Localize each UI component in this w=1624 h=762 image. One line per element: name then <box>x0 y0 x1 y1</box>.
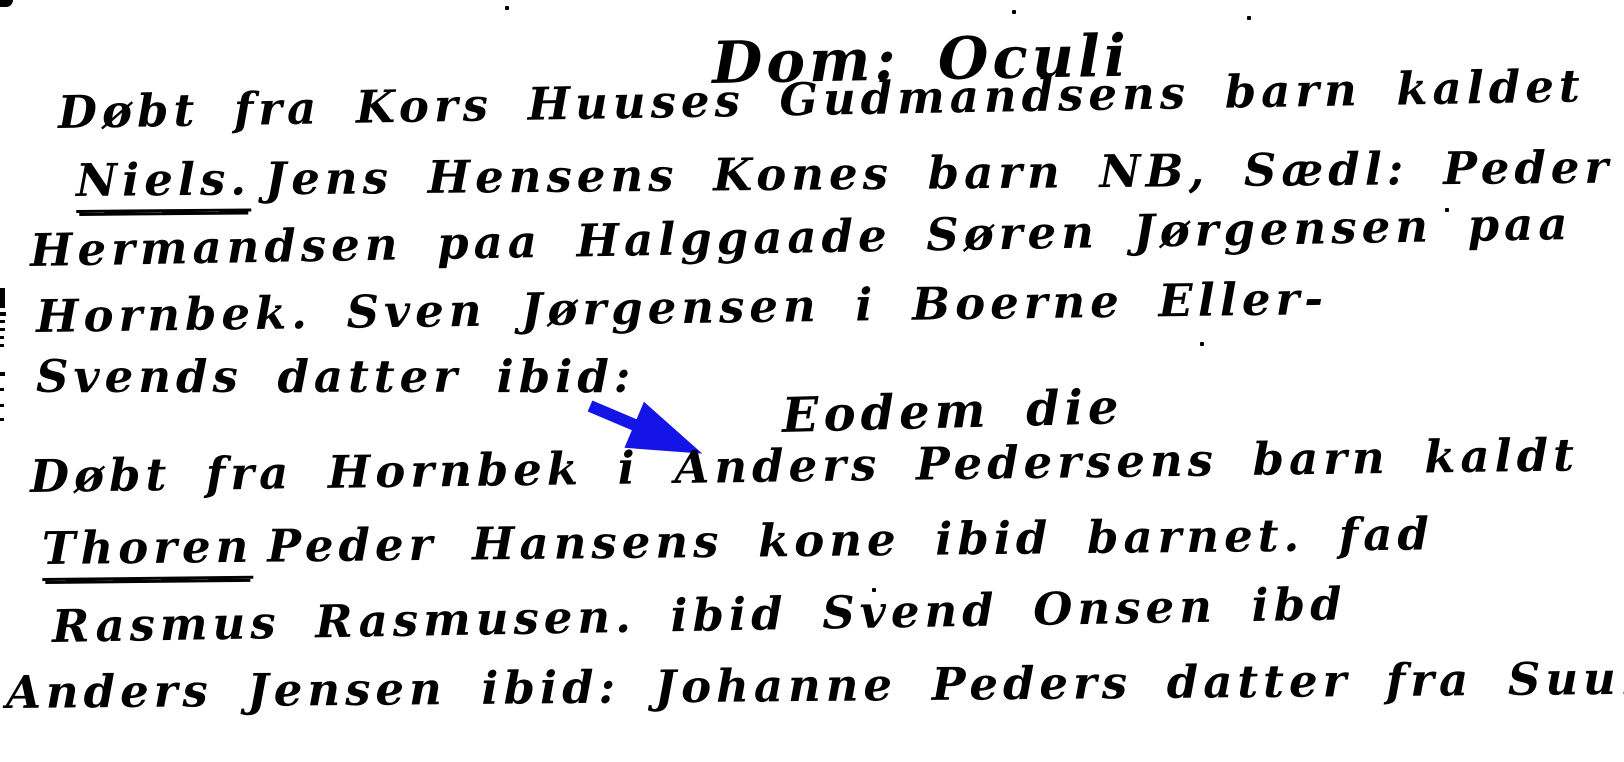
underlined-name-niels: Niels. <box>76 152 251 213</box>
scan-edge-artifact <box>0 418 4 421</box>
scan-edge-artifact <box>0 388 4 391</box>
scan-corner-artifact <box>0 0 13 7</box>
scan-edge-artifact <box>0 288 5 308</box>
entry1-line-2: Niels.Jens Hensens Kones barn NB, Sædl: … <box>76 143 1614 206</box>
ink-speckle <box>1200 342 1204 346</box>
entry2-line-4: Anders Jensen ibid: Johanne Peders datte… <box>6 653 1624 717</box>
entry2-line-3: Rasmus Rasmusen. ibid Svend Onsen ibd <box>52 579 1347 651</box>
entry2-heading-eodem-die: Eodem die <box>781 381 1124 443</box>
ink-speckle <box>1012 10 1016 14</box>
underlined-name-thoren: Thoren <box>42 520 254 581</box>
entry1-line-1: Døbt fra Kors Huuses Gudmandsens barn ka… <box>58 61 1586 137</box>
scan-edge-artifact <box>0 320 5 323</box>
church-book-scan: Dom: Oculi Døbt fra Kors Huuses Gudmands… <box>0 0 1624 762</box>
scan-edge-artifact <box>0 372 5 376</box>
entry1-line-2-rest: Jens Hensens Kones barn NB, Sædl: Peder <box>265 141 1614 206</box>
ink-speckle <box>1247 16 1251 20</box>
ink-speckle <box>1445 208 1449 212</box>
ink-speckle <box>505 6 509 10</box>
scan-edge-artifact <box>0 336 4 339</box>
ink-speckle <box>872 588 876 592</box>
scan-edge-artifact <box>0 404 4 407</box>
entry1-line-4: Hornbek. Sven Jørgensen i Boerne Eller- <box>36 274 1329 342</box>
entry1-line-5: Svends datter ibid: <box>36 352 635 402</box>
scan-edge-artifact <box>0 344 4 347</box>
scan-edge-artifact <box>0 312 6 316</box>
entry1-line-3: Hermandsen paa Halggaade Søren Jørgensen… <box>30 199 1573 275</box>
entry2-line-2: ThorenPeder Hansens kone ibid barnet. fa… <box>42 509 1434 573</box>
entry2-line-2-rest: Peder Hansens kone ibid barnet. fad <box>267 507 1434 572</box>
scan-edge-artifact <box>0 328 5 331</box>
entry2-line-1: Døbt fra Hornbek i Anders Pedersens barn… <box>30 430 1580 501</box>
